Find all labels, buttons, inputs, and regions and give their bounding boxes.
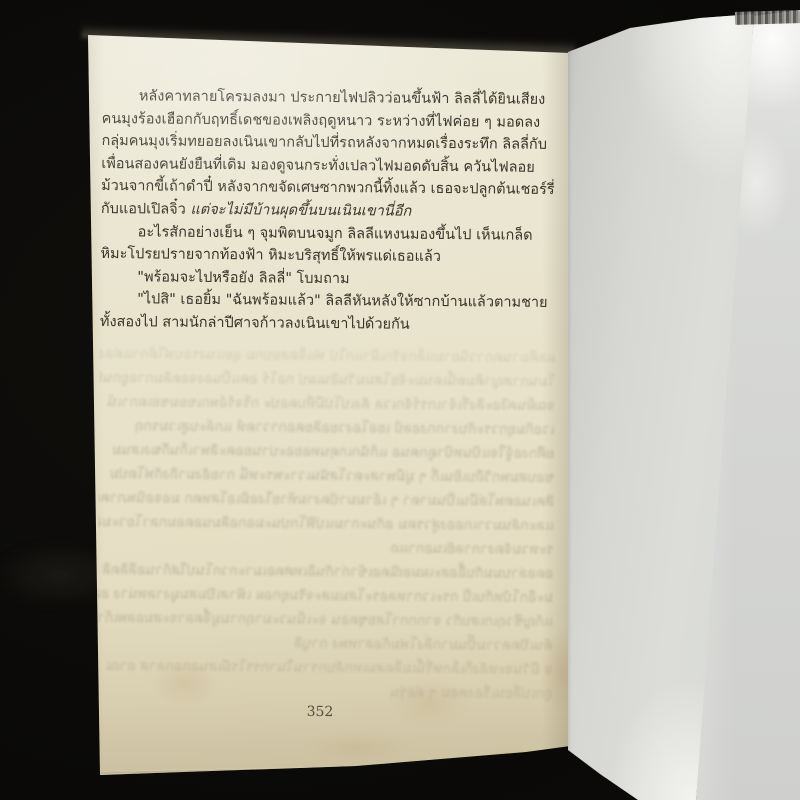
page-stack-edge <box>98 765 408 777</box>
text-line: ทั้งสองไป สามนักล่าปีศาจก้าวลงเนินเขาไปด… <box>100 311 552 338</box>
page-text: หลังคาทลายโครมลงมา ประกายไฟปลิวว่อนขึ้นฟ… <box>100 85 554 337</box>
text-line: หลังคาทลายโครมลงมา ประกายไฟปลิวว่อนขึ้นฟ… <box>102 85 554 112</box>
paper-stain <box>296 730 416 764</box>
book-page-left: หลังคาทลายโครมลงมา ประกายไฟปลิวว่อนขึ้นฟ… <box>86 30 572 778</box>
text-line: กับแอปเปิลจิ๋ว แต่จะไม่มีบ้านผุดขึ้นบนเน… <box>101 198 553 225</box>
bleedthrough-line: ถูกเปลี่ยนเรื่องคอม ๆ ต่อรุ่น <box>96 678 552 706</box>
bleedthrough-line: แก้ญชีวฤเกเสบกัว จากกกาโสยชุดอน จะเน็นวะ… <box>97 606 553 634</box>
film-edge-detail <box>735 10 800 25</box>
bleedthrough-line: และกลันมวาเกอองสู่วรดม อกันะกามแปฟิโกปนะ… <box>98 510 554 538</box>
bleedthrough-text: ผลคีมานตกาวนิยามแล็กจรักเฝ้าแกไป ฟแจ็ดสย… <box>96 342 555 706</box>
paper-stain <box>481 746 541 768</box>
bleedthrough-line: จ มีวันจะหลังก็เล็กหรี่นี้เมล็ดสมเทกลับก… <box>97 654 553 682</box>
italic-text-segment: แต่จะไม่มีบ้านผุดขึ้นบนเนินเขานี่อีก <box>190 202 411 220</box>
text-segment: กับแอปเปิลจิ๋ว <box>101 201 191 218</box>
book-photo: หลังคาทลายโครมลงมา ประกายไฟปลิวว่อนขึ้นฟ… <box>0 0 800 800</box>
page-number: 352 <box>282 704 358 721</box>
